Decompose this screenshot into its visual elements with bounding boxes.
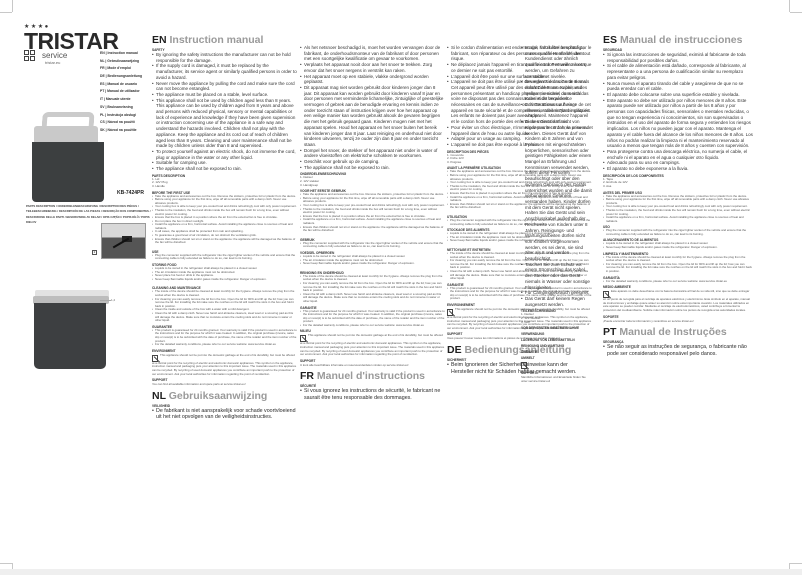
environment-text: This appliance should not be put into th… [152, 354, 297, 376]
brand-block: ★★★● TRISTAR [24, 24, 106, 52]
list-item: Als het netsnoer beschadigd is, moet het… [300, 45, 445, 62]
column-es-pt: ES Manual de instrucciones SEGURIDAD Si … [603, 31, 753, 357]
support-text: You can find all available information a… [152, 383, 297, 387]
service-icons [24, 50, 36, 62]
before-list: Take the appliance and accessories out t… [300, 193, 445, 233]
subheading: VERWENDUNG [521, 332, 593, 336]
page-bottom-band [0, 569, 802, 575]
crop-mark [789, 0, 790, 12]
storing-list: Liquids to be stored in the refrigerator… [603, 242, 753, 249]
box-icon [30, 56, 35, 61]
support-text: ¡Puede encontrar toda la información y r… [603, 320, 753, 324]
list-item: El aparato no debe exponerse a la lluvia… [603, 166, 753, 172]
before-list: Take the appliance and accessories out t… [152, 195, 297, 245]
environment-text: Este aparato no debe desecharse con la b… [603, 290, 753, 312]
gear-icon [24, 56, 29, 61]
guarantee-list: For the detailed warranty conditions, pl… [603, 280, 753, 284]
list-item: Si ignora las instrucciones de seguridad… [603, 52, 753, 63]
environment-text: This appliance should not be put into th… [300, 334, 445, 356]
list-item: 3. Griff [521, 321, 593, 325]
parts-list: 1. Deksel 2. 12V stekker 3. Handgreep [300, 176, 445, 187]
cleaning-list: The inside of the device should be clean… [603, 256, 753, 274]
list-item: Dit apparaat mag niet worden gebruikt do… [300, 85, 445, 148]
use-list: Plug the connector supplied with the ref… [603, 229, 753, 236]
section-title-en: EN Instruction manual [152, 34, 297, 46]
crop-mark [790, 563, 802, 564]
weee-bin-icon [521, 362, 527, 369]
section-title-nl: NL Gebruiksaanwijzing [152, 390, 297, 402]
support-text: U kunt alle beschikbare informatie en re… [300, 364, 445, 368]
parts-list: 1. Deckel 2. 12V-Stecker 3. Griff [521, 313, 593, 324]
cooler-box-product-image [32, 112, 110, 202]
crop-mark [12, 0, 13, 12]
list-item: The appliance shall not be exposed to ra… [152, 166, 297, 172]
subheading: Lagerung von Lebensmitteln [521, 338, 593, 342]
cooler-body [32, 142, 104, 202]
crop-mark [0, 12, 12, 13]
list-item: Never keep flammable liquids and/or gase… [152, 278, 297, 282]
cooler-open-image [33, 290, 111, 372]
list-item: Het apparaat moet op een stabiele, vlakk… [300, 74, 445, 85]
list-item: Plug the connector supplied with the ref… [603, 229, 753, 236]
list-item: Dompel het snoer, de stekker of het appa… [300, 148, 445, 159]
language-index-item: PT | Manual de utilizador [100, 88, 155, 96]
list-item: Never move the appliance by pulling the … [152, 81, 297, 92]
column-en: EN Instruction manual SAFETY By ignoring… [152, 31, 297, 421]
crop-mark [790, 12, 802, 13]
parts-caption: Parts description / Onderdelenbeschrijvi… [26, 204, 151, 225]
language-index-item: IT | Manuale utente [100, 96, 155, 104]
subheading: VOR DER ERSTEN INBETRIEBNAHME [521, 326, 593, 330]
list-item: Verplaats het apparaat nooit door aan he… [300, 62, 445, 73]
support-text: Sämtliche Informationen und Ersatzteile … [521, 376, 593, 383]
list-item: This product is guaranteed for 24 months… [152, 329, 297, 343]
list-item: Si el cable de alimentación está dañado,… [603, 63, 753, 80]
section-title-fr: FR Manuel d'instructions [300, 370, 445, 382]
list-item: This product is guaranteed for 24 months… [300, 310, 445, 324]
tristar-logo: TRISTAR [24, 30, 106, 52]
cleaning-list: The inside of the device should be clean… [152, 290, 297, 322]
guarantee-list: This product is guaranteed for 24 months… [152, 329, 297, 347]
phone-icon [30, 50, 35, 55]
list-item: Tauchen Sie zum Schutz vor einem Stromsc… [521, 262, 593, 291]
list-item: For the detailed warranty conditions, pl… [300, 324, 445, 328]
language-index-item: FR | Mode d'emploi [100, 65, 155, 73]
cleaning-list: The inside of the device should be clean… [300, 275, 445, 304]
safety-list: De fabrikant is niet aansprakelijk voor … [152, 408, 297, 421]
parts-list: 1. Tapa 2. Enchufe de 12V 3. Asa [603, 178, 753, 189]
cord-icon [113, 238, 130, 249]
list-item: 3. Handle [152, 185, 297, 189]
list-item: Ist das Netzkabel beschädigt, muss es vo… [521, 45, 593, 79]
callout-label: 1,2 [111, 298, 115, 302]
list-item: If the supply cord is damaged, it must b… [152, 63, 297, 80]
language-index-item: ES | Manual de usuario [100, 81, 155, 89]
language-index-item: NL | Gebruiksaanwijzing [100, 58, 155, 66]
manual-page: ★★★● TRISTAR service tristar.eu EN | Ins… [0, 0, 802, 575]
list-item: Ensure that children should not sit or s… [300, 226, 445, 233]
list-item: 3. Asa [603, 185, 753, 189]
cooler-body [34, 303, 106, 369]
list-item: Plug the connector supplied with the ref… [152, 254, 297, 261]
weee-bin-icon [447, 309, 453, 316]
list-item: Ensure that children should not sit or s… [152, 238, 297, 245]
storing-list: Liquids to be stored in the refrigerator… [152, 267, 297, 281]
list-item: De fabrikant is niet aansprakelijk voor … [152, 408, 297, 421]
list-item: For the detailed warranty conditions, pl… [603, 280, 753, 284]
service-url: tristar.eu [45, 60, 60, 65]
list-item: Se não seguir as instruções de segurança… [603, 344, 753, 357]
storing-list: Liquids to be stored in the refrigerator… [300, 255, 445, 266]
list-item: Nunca mueva el aparato tirando del cable… [603, 81, 753, 92]
list-item: 3. Handgreep [300, 184, 445, 188]
figure-number: 2 [92, 250, 97, 255]
use-list: Plug the connector supplied with the ref… [152, 254, 297, 261]
service-label: service [42, 52, 67, 59]
language-index-item: DE | Bedienungsanleitung [100, 73, 155, 81]
section-title-es: ES Manual de instrucciones [603, 34, 753, 46]
list-item: To protect yourself against an electric … [152, 149, 297, 160]
environment-text [521, 361, 593, 369]
callout-line [100, 300, 111, 301]
list-item: Si vous ignorez les instructions de sécu… [300, 388, 445, 401]
weee-bin-icon [603, 291, 609, 298]
list-item: Dieses Gerät darf nicht von Kindern unte… [521, 119, 593, 262]
crop-mark [0, 563, 12, 564]
safety-list: By ignoring the safety instructions the … [152, 52, 297, 172]
list-item: The appliance shall not be exposed to ra… [300, 165, 445, 171]
list-item: Never keep flammable liquids and/or gase… [603, 246, 753, 250]
before-list: Take the appliance and accessories out t… [603, 195, 753, 224]
subheading: UMWELT [521, 356, 593, 360]
safety-list: Se não seguir as instruções de segurança… [603, 344, 753, 357]
column-nl-fr: Als het netsnoer beschadigd is, moet het… [300, 31, 445, 402]
list-item: This appliance shall not be used by chil… [152, 98, 297, 149]
list-item: Bewegen Sie das Gerät niemals durch Zieh… [521, 79, 593, 102]
parts-list: 1. Lid 2. 12V Plug 3. Handle [152, 178, 297, 189]
safety-list: Si vous ignorez les instructions de sécu… [300, 388, 445, 401]
list-item: Plug the connector supplied with the ref… [300, 242, 445, 249]
language-index-item: EN | Instruction manual [100, 50, 155, 58]
list-item: Das Gerät darf keinem Regen ausgesetzt w… [521, 296, 593, 307]
safety-list: Als het netsnoer beschadigd is, moet het… [300, 45, 445, 170]
list-item: Para protegerse contra una descarga eléc… [603, 149, 753, 160]
subheading: REINIGUNG UND WARTUNG [521, 344, 593, 348]
safety-list: Ist das Netzkabel beschädigt, muss es vo… [521, 45, 593, 307]
column-de-cont: Ist das Netzkabel beschädigt, muss es vo… [521, 45, 593, 383]
section-title-pt: PT Manual de Instruções [603, 326, 753, 338]
list-item: By ignoring the safety instructions the … [152, 52, 297, 63]
list-item: Never keep flammable liquids and/or gase… [300, 262, 445, 266]
weee-bin-icon [152, 355, 158, 362]
weee-bin-icon [300, 335, 306, 342]
plug-detail-image [101, 223, 146, 259]
guarantee-list: This product is guaranteed for 24 months… [300, 310, 445, 328]
service-badge: service tristar.eu [24, 50, 84, 70]
list-item: For cleaning you can easily remove the l… [603, 263, 753, 274]
model-number: KB-7424PR [117, 190, 144, 196]
use-list: Plug the connector supplied with the ref… [300, 242, 445, 249]
list-item: For the detailed warranty conditions, pl… [152, 343, 297, 347]
list-item: Clean the lid with a damp cloth. Never u… [152, 312, 297, 323]
book-icon [24, 50, 29, 55]
list-item: Install the appliance on a firm, horizon… [603, 216, 753, 223]
safety-list: Si ignora las instrucciones de seguridad… [603, 52, 753, 172]
list-item: Este aparato no debe ser utilizado por n… [603, 98, 753, 149]
list-item: Clean the lid with a damp cloth. Never u… [300, 293, 445, 304]
subheading: Soporte [603, 315, 753, 319]
list-item: Das Gerät muss auf einer ebenen, stabile… [521, 102, 593, 119]
subheading: GARANTIE [521, 350, 593, 354]
language-index-item: SV | Bruksanvisning [100, 104, 155, 112]
